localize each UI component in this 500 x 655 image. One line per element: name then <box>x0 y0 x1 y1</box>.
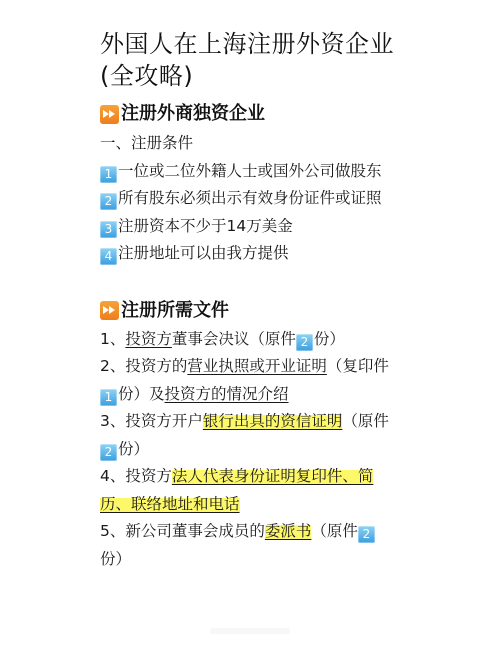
item-suffix: 份） <box>118 440 149 458</box>
document-item-5-cont: 份） <box>100 546 420 574</box>
item-prefix: 1、 <box>100 330 125 348</box>
keycap-4-icon: 4 <box>100 248 117 265</box>
item-prefix: 3、投资方开户 <box>100 412 203 430</box>
item-suffix: 份） <box>100 550 131 568</box>
section-heading-label: 注册所需文件 <box>121 298 229 324</box>
item-text: （原件 <box>342 412 389 430</box>
item-prefix: 5、新公司董事会成员的 <box>100 522 265 540</box>
condition-item: 4注册地址可以由我方提供 <box>100 240 420 268</box>
keycap-3-icon: 3 <box>100 221 117 238</box>
keycap-2-icon: 2 <box>358 526 375 543</box>
item-text: 董事会决议（原件 <box>172 330 296 348</box>
item-prefix: 2、投资方的 <box>100 357 187 375</box>
keycap-1-icon: 1 <box>100 166 117 183</box>
title-line-1: 外国人在上海注册外资企业 <box>100 30 394 58</box>
highlighted-text: 历、联络地址和电话 <box>100 495 240 513</box>
document-item-3-cont: 2份） <box>100 436 420 464</box>
section-heading-wfoe: 注册外商独资企业 <box>100 101 420 127</box>
item-text: （原件 <box>311 522 358 540</box>
conditions-subheading: 一、注册条件 <box>100 130 420 158</box>
highlighted-text: 银行出具的资信证明 <box>203 412 343 430</box>
documents-list: 1、投资方董事会决议（原件2份） 2、投资方的营业执照或开业证明（复印件 1份）… <box>100 326 420 574</box>
condition-text: 一位或二位外籍人士或国外公司做股东 <box>118 162 382 180</box>
item-text: 份）及 <box>118 385 165 403</box>
condition-item: 3注册资本不少于14万美金 <box>100 213 420 241</box>
fast-forward-icon <box>100 301 119 320</box>
condition-text: 注册资本不少于14万美金 <box>118 217 293 235</box>
condition-text: 注册地址可以由我方提供 <box>118 244 289 262</box>
document-item-4-cont: 历、联络地址和电话 <box>100 491 420 519</box>
title-line-2: (全攻略) <box>100 62 193 90</box>
item-text: （复印件 <box>327 357 389 375</box>
condition-item: 1一位或二位外籍人士或国外公司做股东 <box>100 158 420 186</box>
item-suffix: 份） <box>314 330 345 348</box>
keycap-2-icon: 2 <box>100 444 117 461</box>
section-heading-documents: 注册所需文件 <box>100 298 420 324</box>
highlighted-text: 法人代表身份证明复印件、简 <box>172 467 374 485</box>
underlined-text: 投资方的情况介绍 <box>165 385 289 403</box>
highlighted-text: 委派书 <box>265 522 312 540</box>
section-heading-label: 注册外商独资企业 <box>121 101 265 127</box>
document-item-2-cont: 1份）及投资方的情况介绍 <box>100 381 420 409</box>
document-item-5: 5、新公司董事会成员的委派书（原件2 <box>100 518 420 546</box>
item-prefix: 4、投资方 <box>100 467 172 485</box>
condition-text: 所有股东必须出示有效身份证件或证照 <box>118 189 382 207</box>
fast-forward-icon <box>100 105 119 124</box>
underlined-text: 营业执照或开业证明 <box>187 357 327 375</box>
document-item-1: 1、投资方董事会决议（原件2份） <box>100 326 420 354</box>
keycap-1-icon: 1 <box>100 389 117 406</box>
document-page: 外国人在上海注册外资企业 (全攻略) 注册外商独资企业 一、注册条件 1一位或二… <box>100 28 420 573</box>
condition-item: 2所有股东必须出示有效身份证件或证照 <box>100 185 420 213</box>
underlined-text: 投资方 <box>125 330 172 348</box>
keycap-2-icon: 2 <box>296 334 313 351</box>
page-title: 外国人在上海注册外资企业 (全攻略) <box>100 28 420 92</box>
document-item-4: 4、投资方法人代表身份证明复印件、简 <box>100 463 420 491</box>
faint-watermark <box>210 628 290 634</box>
document-item-3: 3、投资方开户银行出具的资信证明（原件 <box>100 408 420 436</box>
keycap-2-icon: 2 <box>100 193 117 210</box>
document-item-2: 2、投资方的营业执照或开业证明（复印件 <box>100 353 420 381</box>
